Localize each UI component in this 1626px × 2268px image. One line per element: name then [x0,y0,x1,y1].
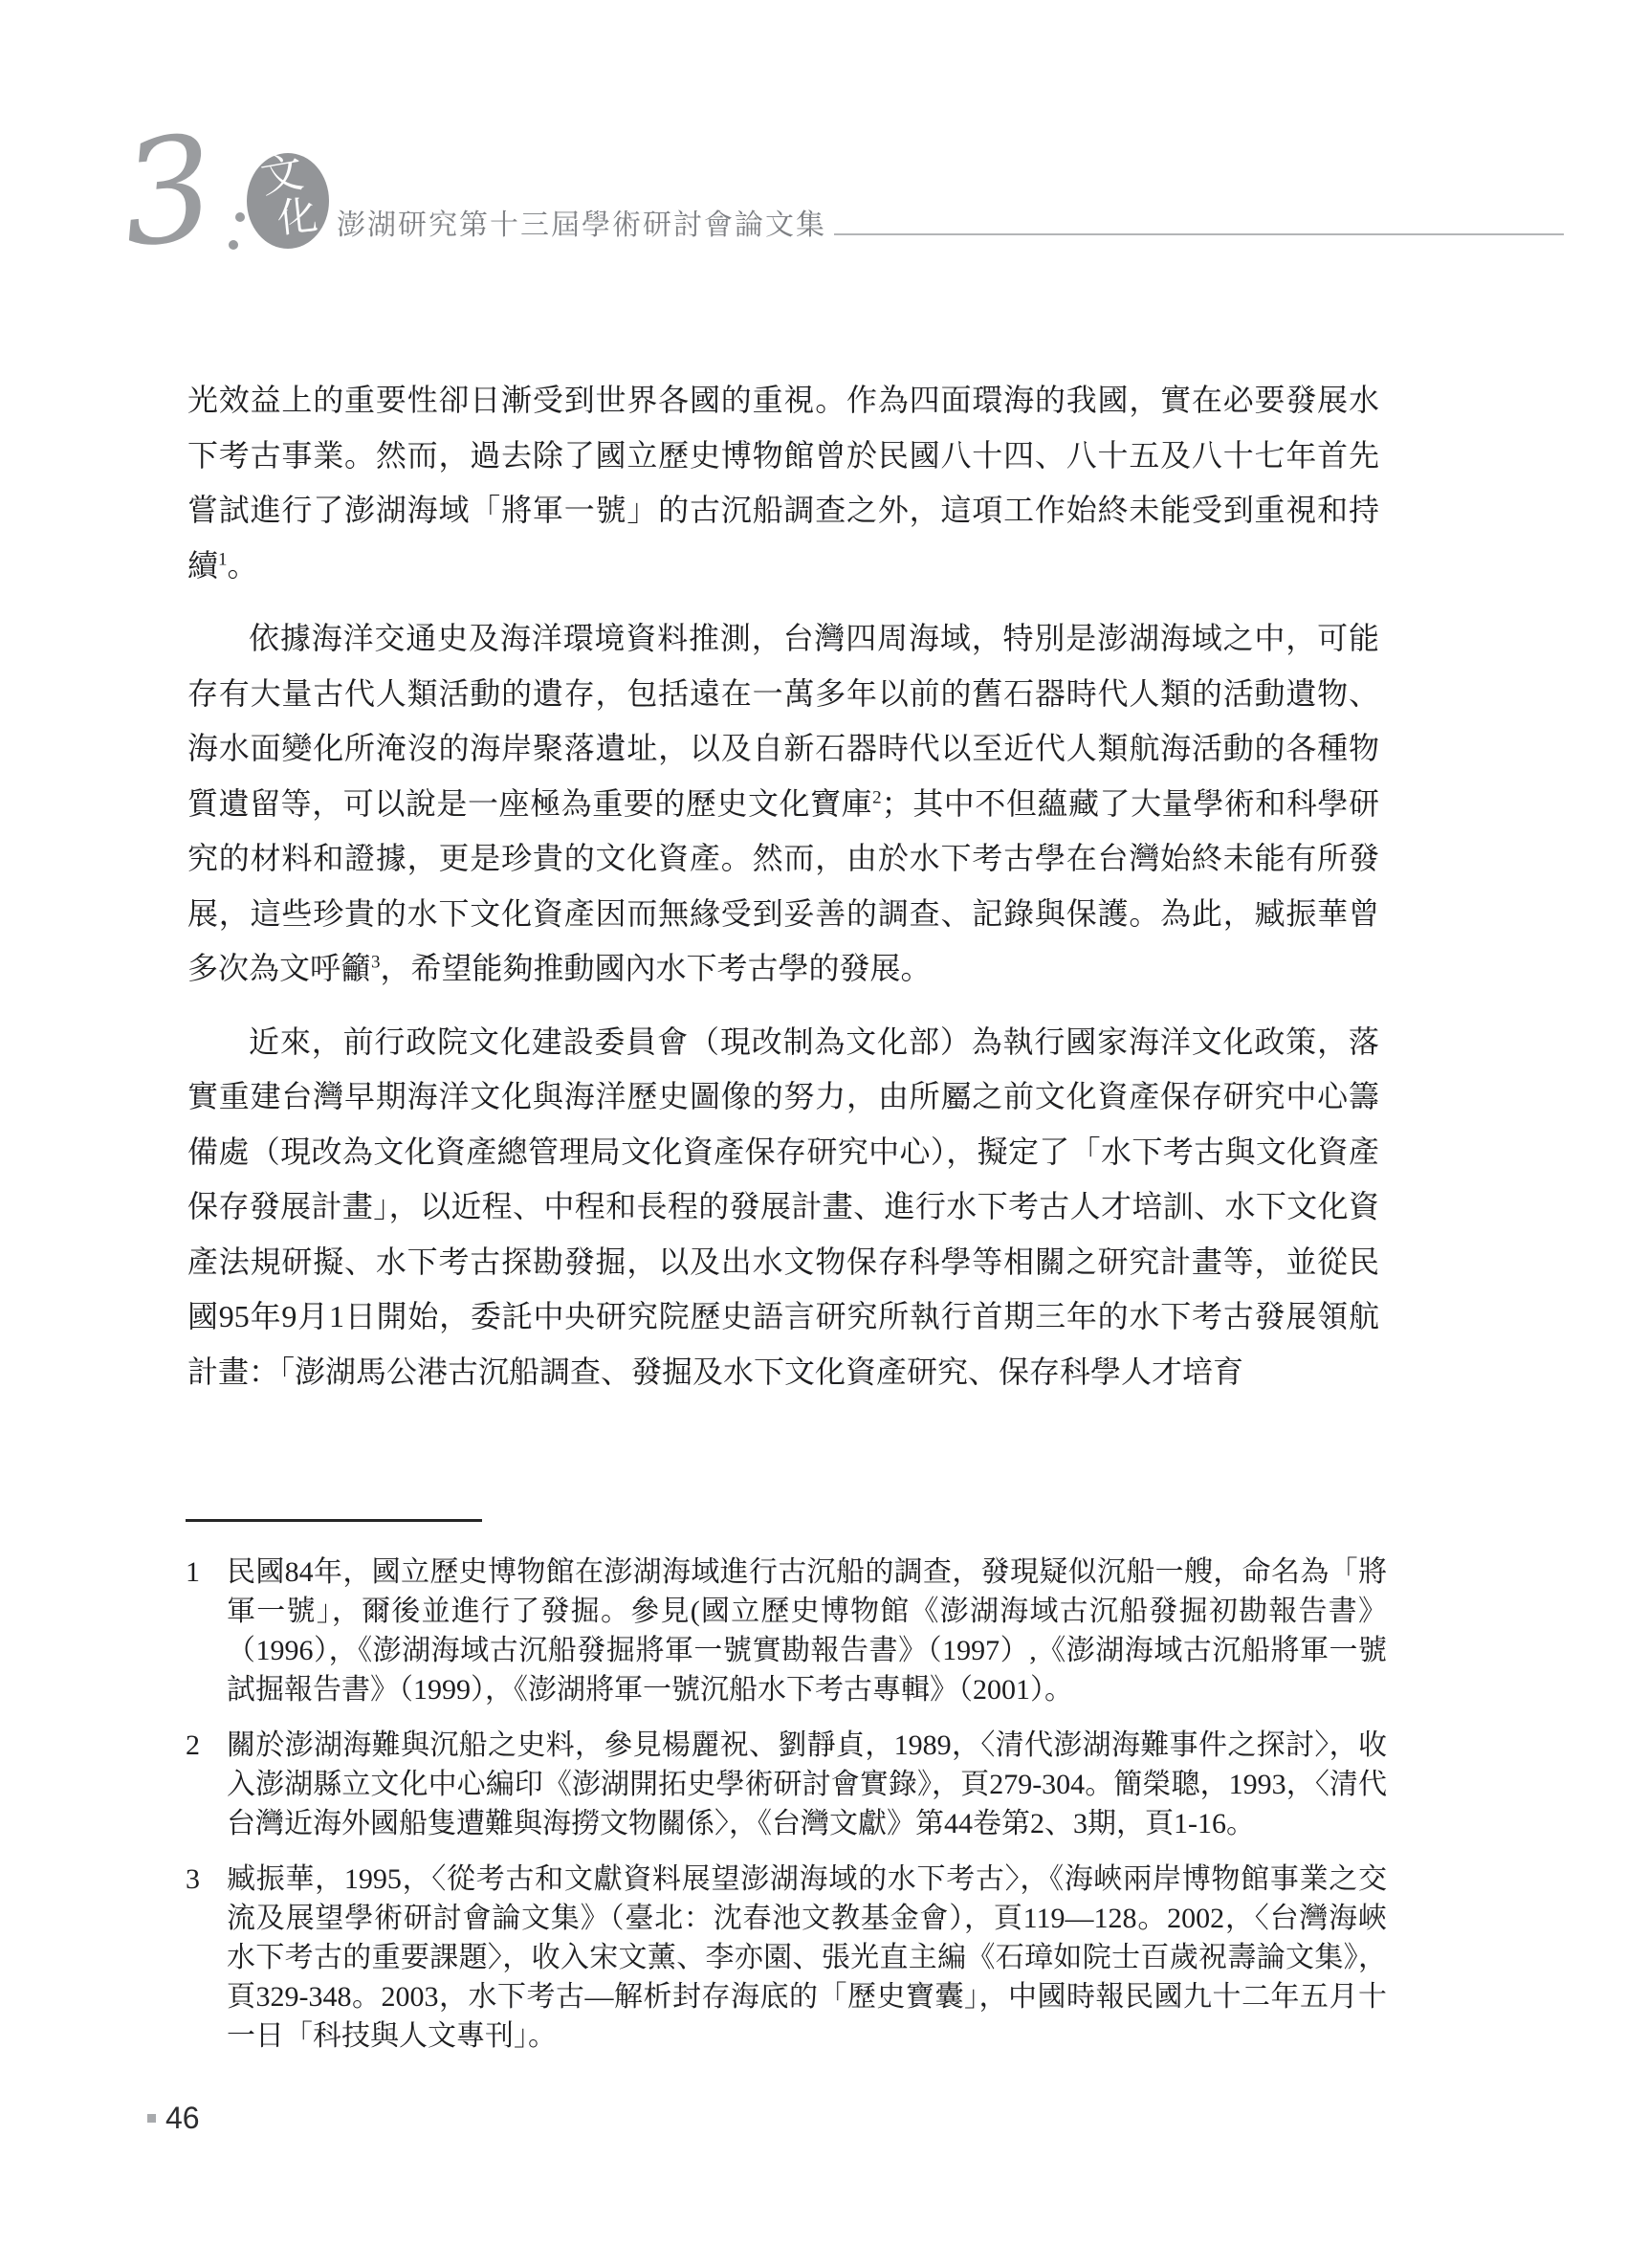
page-number: 46 [147,2101,200,2136]
logo-dot-icon [229,240,238,250]
text-run: 近來，前行政院文化建設委員會（現改制為文化部）為執行國家海洋文化政策，落實重建台… [187,1024,1379,1389]
badge-char-wen: 文 [258,152,307,201]
body-paragraphs: 光效益上的重要性卻日漸受到世界各國的重視。作為四面環海的我國，實在必要發展水下考… [187,373,1379,1418]
footnote-ref: 3 [371,952,381,972]
footnote-ref: 2 [872,787,882,807]
footnote-number: 1 [186,1552,227,1709]
chapter-number-glyph: 3 [115,116,221,268]
logo-dot-icon [235,212,245,222]
paragraph: 光效益上的重要性卻日漸受到世界各國的重視。作為四面環海的我國，實在必要發展水下考… [187,373,1379,593]
footnotes-section: 1民國84年，國立歷史博物館在澎湖海域進行古沉船的調查，發現疑似沉船一艘，命名為… [186,1519,1387,2072]
footnote-text: 民國84年，國立歷史博物館在澎湖海域進行古沉船的調查，發現疑似沉船一艘，命名為「… [227,1552,1387,1709]
footnote-text: 關於澎湖海難與沉船之史料，參見楊麗祝、劉靜貞，1989，〈清代澎湖海難事件之探討… [227,1726,1387,1843]
footnote-item: 1民國84年，國立歷史博物館在澎湖海域進行古沉船的調查，發現疑似沉船一艘，命名為… [186,1552,1387,1709]
footnote-number: 3 [186,1860,227,2056]
footnote-ref: 1 [218,549,228,569]
paragraph: 依據海洋交通史及海洋環境資料推測，台灣四周海域，特別是澎湖海域之中，可能存有大量… [187,611,1379,997]
page-number-value: 46 [165,2101,200,2136]
book-title: 澎湖研究第十三屆學術研討會論文集 [337,201,826,243]
footnote-separator [186,1519,482,1522]
badge-char-hua: 化 [275,196,319,240]
footnote-item: 3臧振華，1995，〈從考古和文獻資料展望澎湖海域的水下考古〉，《海峽兩岸博物館… [186,1860,1387,2056]
footnote-list: 1民國84年，國立歷史博物館在澎湖海域進行古沉船的調查，發現疑似沉船一艘，命名為… [186,1552,1387,2056]
footnote-number: 2 [186,1726,227,1843]
footnote-item: 2關於澎湖海難與沉船之史料，參見楊麗祝、劉靜貞，1989，〈清代澎湖海難事件之探… [186,1726,1387,1843]
text-run: 光效益上的重要性卻日漸受到世界各國的重視。作為四面環海的我國，實在必要發展水下考… [187,383,1379,583]
document-page: 3 文 化 澎湖研究第十三屆學術研討會論文集 光效益上的重要性卻日漸受到世界各國… [0,0,1626,2268]
footnote-text: 臧振華，1995，〈從考古和文獻資料展望澎湖海域的水下考古〉，《海峽兩岸博物館事… [227,1860,1387,2056]
paragraph: 近來，前行政院文化建設委員會（現改制為文化部）為執行國家海洋文化政策，落實重建台… [187,1015,1379,1400]
text-run: 。 [228,548,258,583]
text-run: ，希望能夠推動國內水下考古學的發展。 [381,951,932,985]
page-number-bullet-icon [147,2114,156,2123]
header-rule [834,233,1564,235]
chapter-category-badge: 文 化 [247,153,329,249]
